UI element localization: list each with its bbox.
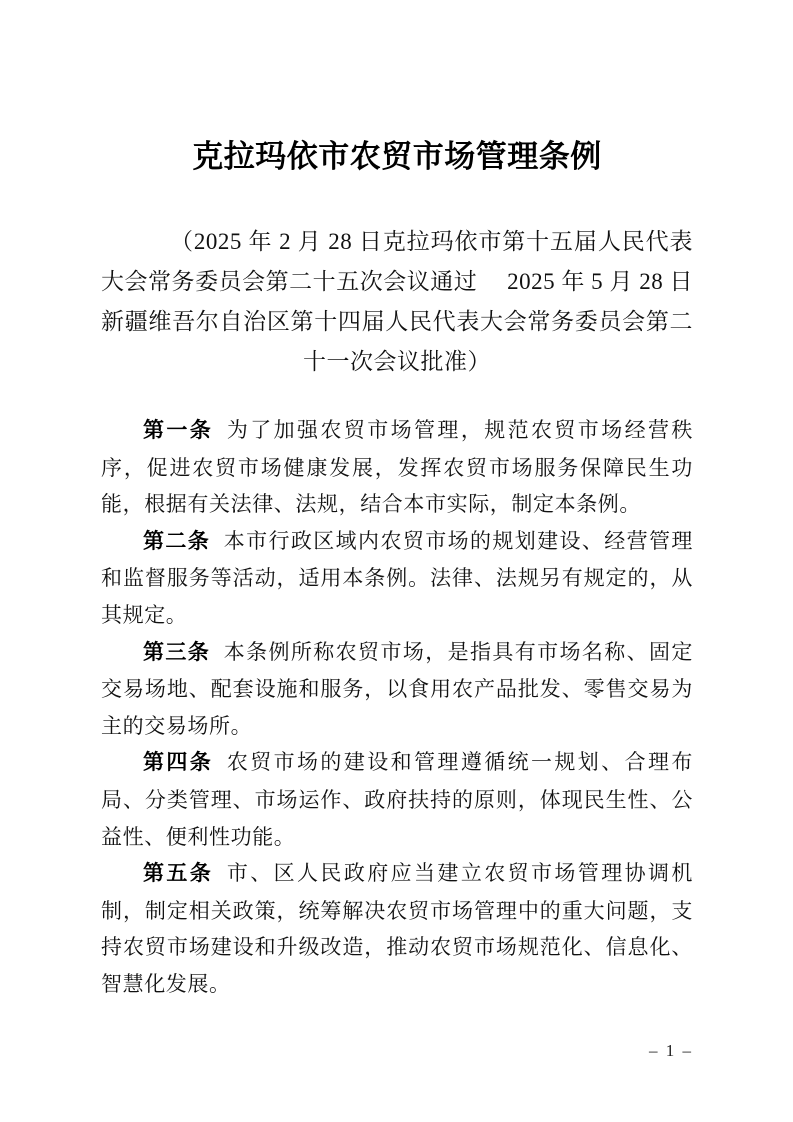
document-preamble: （2025 年 2 月 28 日克拉玛依市第十五届人民代表大会常务委员会第二十五… <box>101 222 693 382</box>
article-2-label: 第二条 <box>143 530 210 553</box>
article-1-label: 第一条 <box>143 419 213 442</box>
document-body: 第一条为了加强农贸市场管理，规范农贸市场经营秩序，促进农贸市场健康发展，发挥农贸… <box>101 412 693 1003</box>
article-3: 第三条本条例所称农贸市场，是指具有市场名称、固定交易场地、配套设施和服务，以食用… <box>101 634 693 745</box>
document-title: 克拉玛依市农贸市场管理条例 <box>101 0 693 178</box>
article-2: 第二条本市行政区域内农贸市场的规划建设、经营管理和监督服务等活动，适用本条例。法… <box>101 523 693 634</box>
page-number: – 1 – <box>649 1040 693 1062</box>
article-5-label: 第五条 <box>143 862 213 885</box>
article-3-label: 第三条 <box>143 641 210 664</box>
article-4: 第四条农贸市场的建设和管理遵循统一规划、合理布局、分类管理、市场运作、政府扶持的… <box>101 744 693 855</box>
document-page: 克拉玛依市农贸市场管理条例 （2025 年 2 月 28 日克拉玛依市第十五届人… <box>0 0 793 1122</box>
article-5: 第五条市、区人民政府应当建立农贸市场管理协调机制，制定相关政策，统筹解决农贸市场… <box>101 855 693 1002</box>
article-1: 第一条为了加强农贸市场管理，规范农贸市场经营秩序，促进农贸市场健康发展，发挥农贸… <box>101 412 693 523</box>
article-4-label: 第四条 <box>143 751 213 774</box>
